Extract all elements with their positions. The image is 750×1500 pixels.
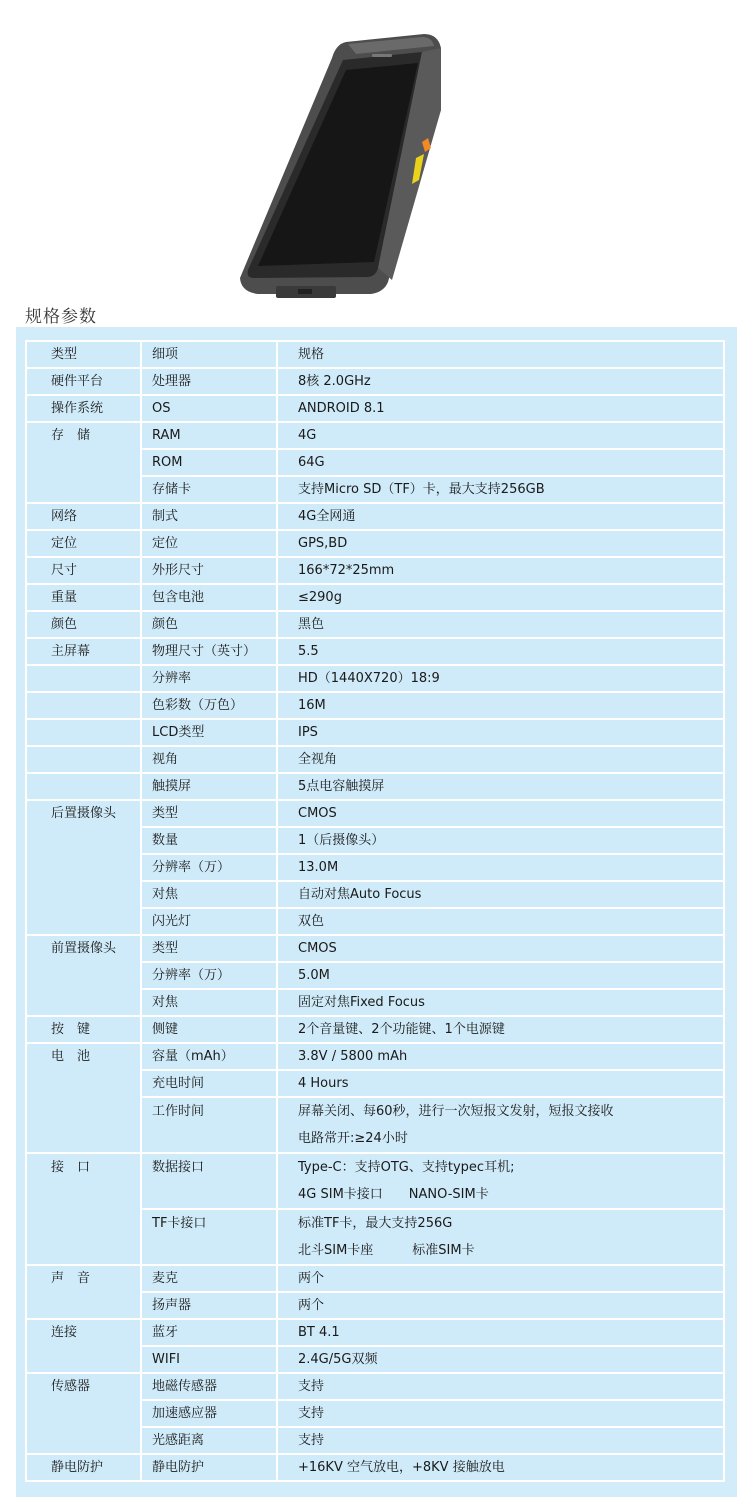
table-row: 加速感应器支持 — [25, 1399, 725, 1426]
item-cell: 闪光灯 — [142, 907, 278, 934]
spec-line: ANDROID 8.1 — [298, 396, 723, 421]
table-row: 存储卡支持Micro SD（TF）卡，最大支持256GB — [25, 475, 725, 502]
item-cell: 颜色 — [142, 612, 278, 637]
spec-cell: 双色 — [278, 907, 725, 934]
table-row: 充电时间4 Hours — [25, 1069, 725, 1096]
spec-line: 固定对焦Fixed Focus — [298, 990, 723, 1015]
table-header-row: 类型 细项 规格 — [25, 340, 725, 367]
spec-cell: 8核 2.0GHz — [278, 369, 725, 394]
spec-line: 2.4G/5G双频 — [298, 1347, 723, 1372]
table-row: 定位定位GPS,BD — [25, 529, 725, 556]
table-row: 网络制式4G全网通 — [25, 502, 725, 529]
item-cell: 光感距离 — [142, 1426, 278, 1453]
item-cell: 静电防护 — [142, 1455, 278, 1480]
spec-cell: +16KV 空气放电，+8KV 接触放电 — [278, 1455, 725, 1480]
category-cell: 连接 — [25, 1320, 142, 1345]
table-row: 传感器地磁传感器支持 — [25, 1372, 725, 1399]
item-cell: 扬声器 — [142, 1291, 278, 1318]
table-row: 操作系统OSANDROID 8.1 — [25, 394, 725, 421]
spec-cell: CMOS — [278, 936, 725, 961]
item-cell: OS — [142, 396, 278, 421]
spec-line: 13.0M — [298, 855, 723, 880]
spec-line: 64G — [298, 450, 723, 475]
table-row: TF卡接口标准TF卡，最大支持256G北斗SIM卡座 标准SIM卡 — [25, 1208, 725, 1264]
spec-line: 166*72*25mm — [298, 558, 723, 583]
category-cell: 按 键 — [25, 1017, 142, 1042]
item-cell: 分辨率（万） — [142, 853, 278, 880]
spec-line: ≤290g — [298, 585, 723, 610]
item-cell: 侧键 — [142, 1017, 278, 1042]
spec-line: 全视角 — [298, 747, 723, 772]
table-row: 前置摄像头类型CMOS — [25, 934, 725, 961]
header-item: 细项 — [142, 342, 278, 367]
spec-line: BT 4.1 — [298, 1320, 723, 1345]
spec-cell: CMOS — [278, 801, 725, 826]
table-row: 分辨率（万）5.0M — [25, 961, 725, 988]
spec-cell: 2.4G/5G双频 — [278, 1345, 725, 1372]
table-row: ROM64G — [25, 448, 725, 475]
category-cell — [25, 448, 142, 475]
item-cell: WIFI — [142, 1345, 278, 1372]
spec-line: 5.5 — [298, 639, 723, 664]
table-row: 分辨率（万）13.0M — [25, 853, 725, 880]
table-row: 尺寸外形尺寸166*72*25mm — [25, 556, 725, 583]
item-cell: 加速感应器 — [142, 1399, 278, 1426]
spec-line: 5点电容触摸屏 — [298, 774, 723, 799]
category-cell: 定位 — [25, 531, 142, 556]
table-row: 工作时间屏幕关闭、每60秒，进行一次短报文发射，短报文接收电路常开:≥24小时 — [25, 1096, 725, 1152]
table-row: 对焦固定对焦Fixed Focus — [25, 988, 725, 1015]
spec-cell: 支持 — [278, 1426, 725, 1453]
header-spec: 规格 — [278, 342, 725, 367]
item-cell: 数据接口 — [142, 1154, 278, 1208]
spec-line: 两个 — [298, 1266, 723, 1291]
spec-cell: 固定对焦Fixed Focus — [278, 988, 725, 1015]
spec-cell: BT 4.1 — [278, 1320, 725, 1345]
spec-line: 屏幕关闭、每60秒，进行一次短报文发射，短报文接收 — [298, 1098, 723, 1125]
category-cell: 接 口 — [25, 1154, 142, 1208]
category-cell — [25, 988, 142, 1015]
item-cell: 类型 — [142, 936, 278, 961]
spec-line: 4G SIM卡接口 NANO-SIM卡 — [298, 1181, 723, 1208]
table-row: 触摸屏5点电容触摸屏 — [25, 772, 725, 799]
spec-cell: 黑色 — [278, 612, 725, 637]
category-cell — [25, 826, 142, 853]
category-cell — [25, 747, 142, 772]
item-cell: 类型 — [142, 801, 278, 826]
spec-cell: 全视角 — [278, 747, 725, 772]
table-row: 电 池容量（mAh）3.8V / 5800 mAh — [25, 1042, 725, 1069]
spec-cell: 4G全网通 — [278, 504, 725, 529]
category-cell: 电 池 — [25, 1044, 142, 1069]
item-cell: 容量（mAh） — [142, 1044, 278, 1069]
item-cell: 存储卡 — [142, 475, 278, 502]
spec-line: 支持 — [298, 1374, 723, 1399]
spec-line: 4 Hours — [298, 1071, 723, 1096]
category-cell: 静电防护 — [25, 1455, 142, 1480]
category-cell — [25, 666, 142, 691]
item-cell: 麦克 — [142, 1266, 278, 1291]
category-cell: 硬件平台 — [25, 369, 142, 394]
table-row: 接 口数据接口Type-C：支持OTG、支持typec耳机;4G SIM卡接口 … — [25, 1152, 725, 1208]
category-cell: 后置摄像头 — [25, 801, 142, 826]
table-row: 硬件平台处理器8核 2.0GHz — [25, 367, 725, 394]
table-row: 闪光灯双色 — [25, 907, 725, 934]
category-cell — [25, 1399, 142, 1426]
category-cell — [25, 880, 142, 907]
spec-line: HD（1440X720）18:9 — [298, 666, 723, 691]
spec-cell: 3.8V / 5800 mAh — [278, 1044, 725, 1069]
spec-line: 8核 2.0GHz — [298, 369, 723, 394]
item-cell: 外形尺寸 — [142, 558, 278, 583]
category-cell: 重量 — [25, 585, 142, 610]
spec-line: CMOS — [298, 801, 723, 826]
spec-cell: 两个 — [278, 1291, 725, 1318]
table-row: 主屏幕物理尺寸（英寸）5.5 — [25, 637, 725, 664]
category-cell: 声 音 — [25, 1266, 142, 1291]
item-cell: 分辨率（万） — [142, 961, 278, 988]
table-row: 重量包含电池≤290g — [25, 583, 725, 610]
spec-line: 支持Micro SD（TF）卡，最大支持256GB — [298, 477, 723, 502]
item-cell: 蓝牙 — [142, 1320, 278, 1345]
spec-cell: 4 Hours — [278, 1069, 725, 1096]
table-row: 后置摄像头类型CMOS — [25, 799, 725, 826]
spec-line: 标准TF卡，最大支持256G — [298, 1210, 723, 1237]
spec-cell: 16M — [278, 693, 725, 718]
table-row: 对焦自动对焦Auto Focus — [25, 880, 725, 907]
table-row: LCD类型IPS — [25, 718, 725, 745]
table-row: 按 键侧键2个音量键、2个功能键、1个电源键 — [25, 1015, 725, 1042]
table-row: WIFI2.4G/5G双频 — [25, 1345, 725, 1372]
category-cell: 尺寸 — [25, 558, 142, 583]
category-cell: 颜色 — [25, 612, 142, 637]
item-cell: 分辨率 — [142, 666, 278, 691]
spec-line: 2个音量键、2个功能键、1个电源键 — [298, 1017, 723, 1042]
item-cell: 触摸屏 — [142, 774, 278, 799]
spec-cell: GPS,BD — [278, 531, 725, 556]
spec-line: 黑色 — [298, 612, 723, 637]
spec-line: 支持 — [298, 1428, 723, 1453]
spec-cell: 13.0M — [278, 853, 725, 880]
category-cell: 前置摄像头 — [25, 936, 142, 961]
spec-cell: IPS — [278, 720, 725, 745]
spec-cell: 1（后摄像头） — [278, 826, 725, 853]
table-row: 色彩数（万色）16M — [25, 691, 725, 718]
category-cell — [25, 475, 142, 502]
spec-cell: 4G — [278, 423, 725, 448]
spec-cell: 自动对焦Auto Focus — [278, 880, 725, 907]
table-row: 静电防护静电防护+16KV 空气放电，+8KV 接触放电 — [25, 1453, 725, 1480]
spec-table: 类型 细项 规格 硬件平台处理器8核 2.0GHz操作系统OSANDROID 8… — [25, 340, 725, 1482]
spec-line: GPS,BD — [298, 531, 723, 556]
item-cell: LCD类型 — [142, 720, 278, 745]
category-cell: 主屏幕 — [25, 639, 142, 664]
category-cell — [25, 1096, 142, 1152]
spec-cell: 屏幕关闭、每60秒，进行一次短报文发射，短报文接收电路常开:≥24小时 — [278, 1096, 725, 1152]
item-cell: 对焦 — [142, 880, 278, 907]
spec-line: 16M — [298, 693, 723, 718]
spec-cell: 64G — [278, 448, 725, 475]
spec-line: 两个 — [298, 1293, 723, 1318]
spec-cell: HD（1440X720）18:9 — [278, 666, 725, 691]
spec-cell: 支持 — [278, 1399, 725, 1426]
spec-line: 1（后摄像头） — [298, 828, 723, 853]
product-image — [236, 30, 466, 302]
spec-line: Type-C：支持OTG、支持typec耳机; — [298, 1154, 723, 1181]
spec-line: 支持 — [298, 1401, 723, 1426]
table-bottom-border — [25, 1480, 725, 1482]
item-cell: ROM — [142, 448, 278, 475]
category-cell: 传感器 — [25, 1374, 142, 1399]
table-row: 光感距离支持 — [25, 1426, 725, 1453]
spec-cell: 支持Micro SD（TF）卡，最大支持256GB — [278, 475, 725, 502]
item-cell: 色彩数（万色） — [142, 693, 278, 718]
category-cell — [25, 1345, 142, 1372]
section-title: 规格参数 — [25, 302, 97, 327]
spec-line: IPS — [298, 720, 723, 745]
spec-cell: 2个音量键、2个功能键、1个电源键 — [278, 1017, 725, 1042]
spec-cell: 两个 — [278, 1266, 725, 1291]
table-row: 颜色颜色黑色 — [25, 610, 725, 637]
handheld-device-illustration — [236, 30, 466, 302]
spec-cell: 支持 — [278, 1374, 725, 1399]
category-cell — [25, 720, 142, 745]
spec-cell: ≤290g — [278, 585, 725, 610]
spec-cell: 5点电容触摸屏 — [278, 774, 725, 799]
category-cell: 存 储 — [25, 423, 142, 448]
spec-line: 4G — [298, 423, 723, 448]
spec-line: 3.8V / 5800 mAh — [298, 1044, 723, 1069]
item-cell: 处理器 — [142, 369, 278, 394]
spec-cell: 标准TF卡，最大支持256G北斗SIM卡座 标准SIM卡 — [278, 1208, 725, 1264]
category-cell — [25, 774, 142, 799]
header-category: 类型 — [25, 342, 142, 367]
spec-line: 北斗SIM卡座 标准SIM卡 — [298, 1237, 723, 1264]
spec-line: 5.0M — [298, 963, 723, 988]
item-cell: 视角 — [142, 747, 278, 772]
table-row: 分辨率HD（1440X720）18:9 — [25, 664, 725, 691]
category-cell — [25, 1069, 142, 1096]
category-cell — [25, 907, 142, 934]
item-cell: 地磁传感器 — [142, 1374, 278, 1399]
item-cell: 充电时间 — [142, 1069, 278, 1096]
item-cell: RAM — [142, 423, 278, 448]
spec-line: 自动对焦Auto Focus — [298, 882, 723, 907]
spec-line: 双色 — [298, 909, 723, 934]
item-cell: 包含电池 — [142, 585, 278, 610]
category-cell — [25, 1426, 142, 1453]
item-cell: 数量 — [142, 826, 278, 853]
item-cell: TF卡接口 — [142, 1208, 278, 1264]
item-cell: 定位 — [142, 531, 278, 556]
spec-cell: 166*72*25mm — [278, 558, 725, 583]
category-cell — [25, 1208, 142, 1264]
category-cell — [25, 1291, 142, 1318]
category-cell — [25, 853, 142, 880]
spec-cell: ANDROID 8.1 — [278, 396, 725, 421]
spec-cell: 5.5 — [278, 639, 725, 664]
item-cell: 物理尺寸（英寸） — [142, 639, 278, 664]
category-cell — [25, 693, 142, 718]
category-cell: 操作系统 — [25, 396, 142, 421]
item-cell: 对焦 — [142, 988, 278, 1015]
spec-line: 4G全网通 — [298, 504, 723, 529]
item-cell: 制式 — [142, 504, 278, 529]
spec-cell: 5.0M — [278, 961, 725, 988]
spec-line: CMOS — [298, 936, 723, 961]
spec-line: +16KV 空气放电，+8KV 接触放电 — [298, 1455, 723, 1480]
item-cell: 工作时间 — [142, 1096, 278, 1152]
table-row: 视角全视角 — [25, 745, 725, 772]
table-row: 存 储RAM4G — [25, 421, 725, 448]
table-row: 扬声器两个 — [25, 1291, 725, 1318]
category-cell: 网络 — [25, 504, 142, 529]
category-cell — [25, 961, 142, 988]
table-row: 声 音麦克两个 — [25, 1264, 725, 1291]
table-row: 数量1（后摄像头） — [25, 826, 725, 853]
spec-line: 电路常开:≥24小时 — [298, 1125, 723, 1152]
table-row: 连接蓝牙BT 4.1 — [25, 1318, 725, 1345]
spec-cell: Type-C：支持OTG、支持typec耳机;4G SIM卡接口 NANO-SI… — [278, 1154, 725, 1208]
